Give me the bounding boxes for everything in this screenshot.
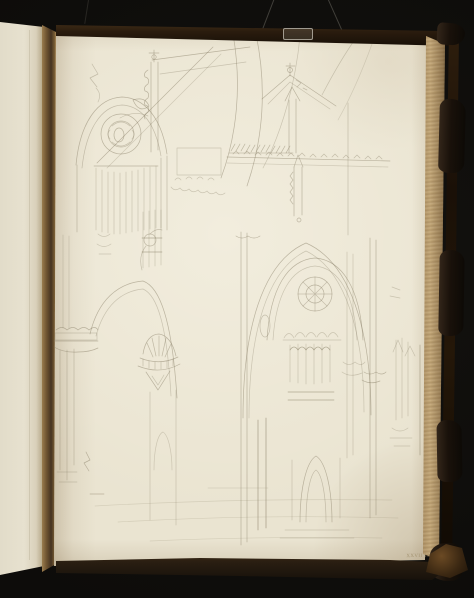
inscription: XXVII 13 [392,552,430,562]
sketch-page [54,30,434,566]
cover-tab-1 [438,99,466,174]
cover-tab-3 [436,420,462,482]
cover-corner-top [436,22,465,45]
sketchbook-photo: XXVII 13 [0,0,474,598]
facing-page [0,0,44,598]
holder-thread-left [261,0,275,32]
holder-thread-far-left [84,0,89,24]
cover-tab-2 [438,250,464,336]
facing-page-crease [29,30,30,560]
binding-gutter [42,24,56,572]
holder-thread-right [327,0,343,31]
page-holder-clip [283,28,313,40]
